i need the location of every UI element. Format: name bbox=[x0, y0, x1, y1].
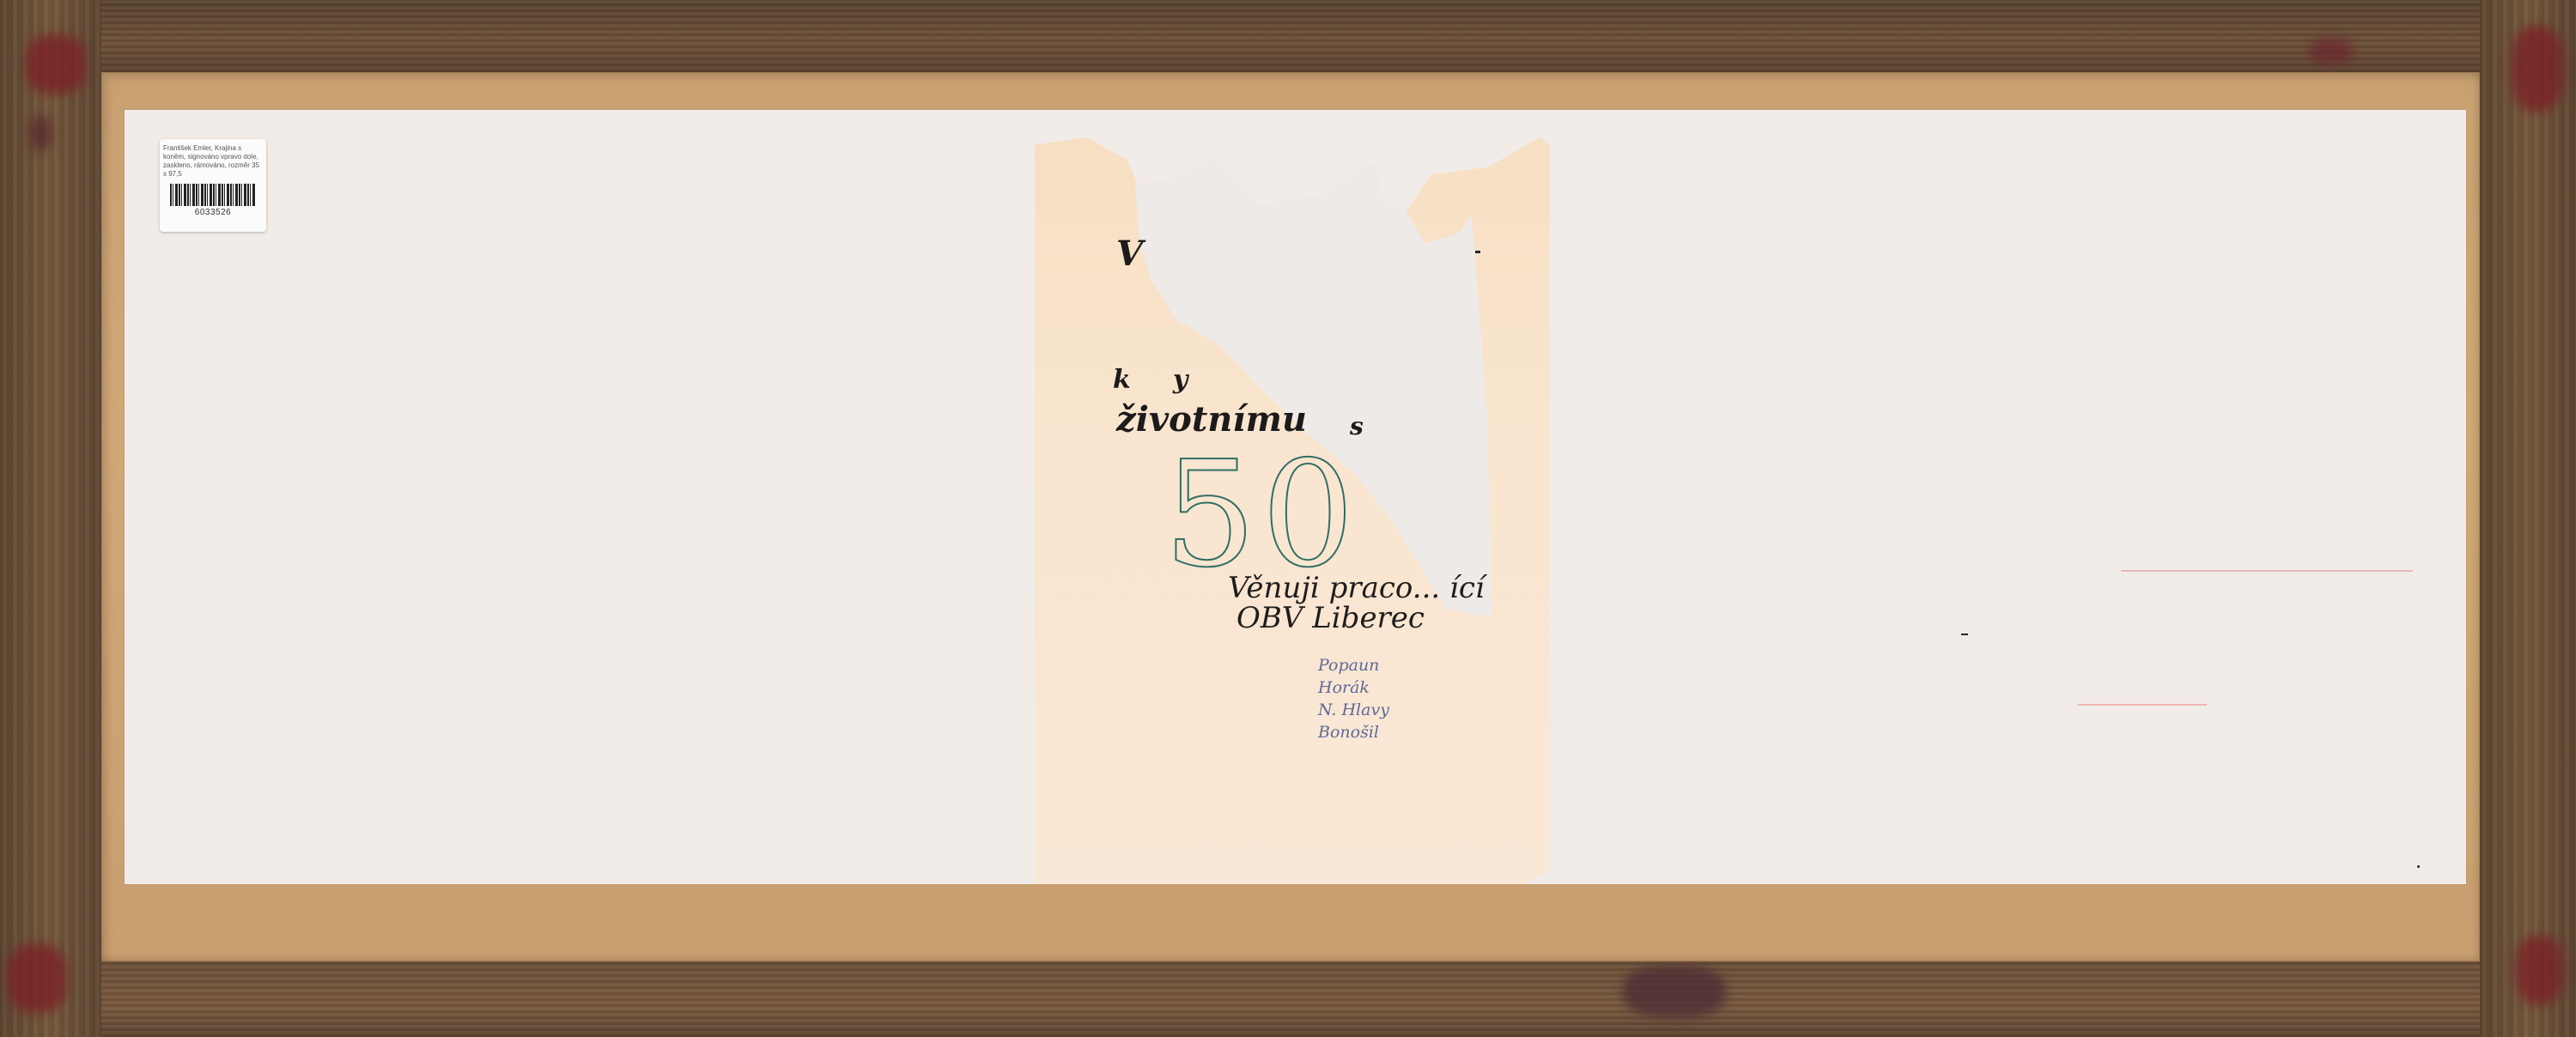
ink-dot bbox=[2417, 865, 2420, 868]
frame-stain-top-right bbox=[2512, 26, 2563, 112]
frame-stain-top-mid bbox=[2310, 39, 2353, 64]
document-text-fragment-v: V bbox=[1116, 233, 1143, 274]
barcode-number: 6033526 bbox=[163, 208, 263, 217]
inventory-label-text: František Emler, Krajina s koněm, signov… bbox=[163, 144, 263, 179]
dedication-line-1: Věnuji praco... ící bbox=[1228, 571, 1485, 605]
pencil-signatures: Popaun Horák N. Hlavy Bonošil bbox=[1318, 654, 1421, 743]
frame-right-rail bbox=[2480, 0, 2576, 1037]
dedication-line-2: OBV Liberec bbox=[1236, 601, 1425, 635]
inventory-label: František Emler, Krajina s koněm, signov… bbox=[160, 139, 266, 232]
red-pencil-line bbox=[2121, 570, 2413, 572]
frame-stain-bottom-left bbox=[7, 944, 67, 1013]
anniversary-number-50: 50 bbox=[1163, 442, 1359, 588]
red-pencil-line bbox=[2078, 704, 2207, 706]
frame-stain-bottom-mid bbox=[1623, 966, 1726, 1017]
signature: Horák bbox=[1318, 676, 1421, 699]
document-text-fragment-k: k bbox=[1113, 365, 1131, 395]
frame-stain-top-left bbox=[26, 34, 86, 94]
signature: N. Hlavy bbox=[1318, 699, 1421, 721]
signature: Popaun bbox=[1318, 654, 1421, 676]
frame-stain-bottom-right bbox=[2516, 936, 2563, 1004]
frame-top-rail bbox=[0, 0, 2576, 72]
barcode-icon bbox=[170, 184, 256, 206]
ink-dash bbox=[1961, 634, 1968, 635]
frame-bottom-rail bbox=[0, 961, 2576, 1037]
frame-stain-top-left-2 bbox=[30, 116, 52, 150]
signature: Bonošil bbox=[1318, 721, 1421, 743]
ink-dash bbox=[1475, 251, 1480, 253]
document-text-fragment-y: y bbox=[1173, 365, 1188, 395]
frame-left-rail bbox=[0, 0, 101, 1037]
